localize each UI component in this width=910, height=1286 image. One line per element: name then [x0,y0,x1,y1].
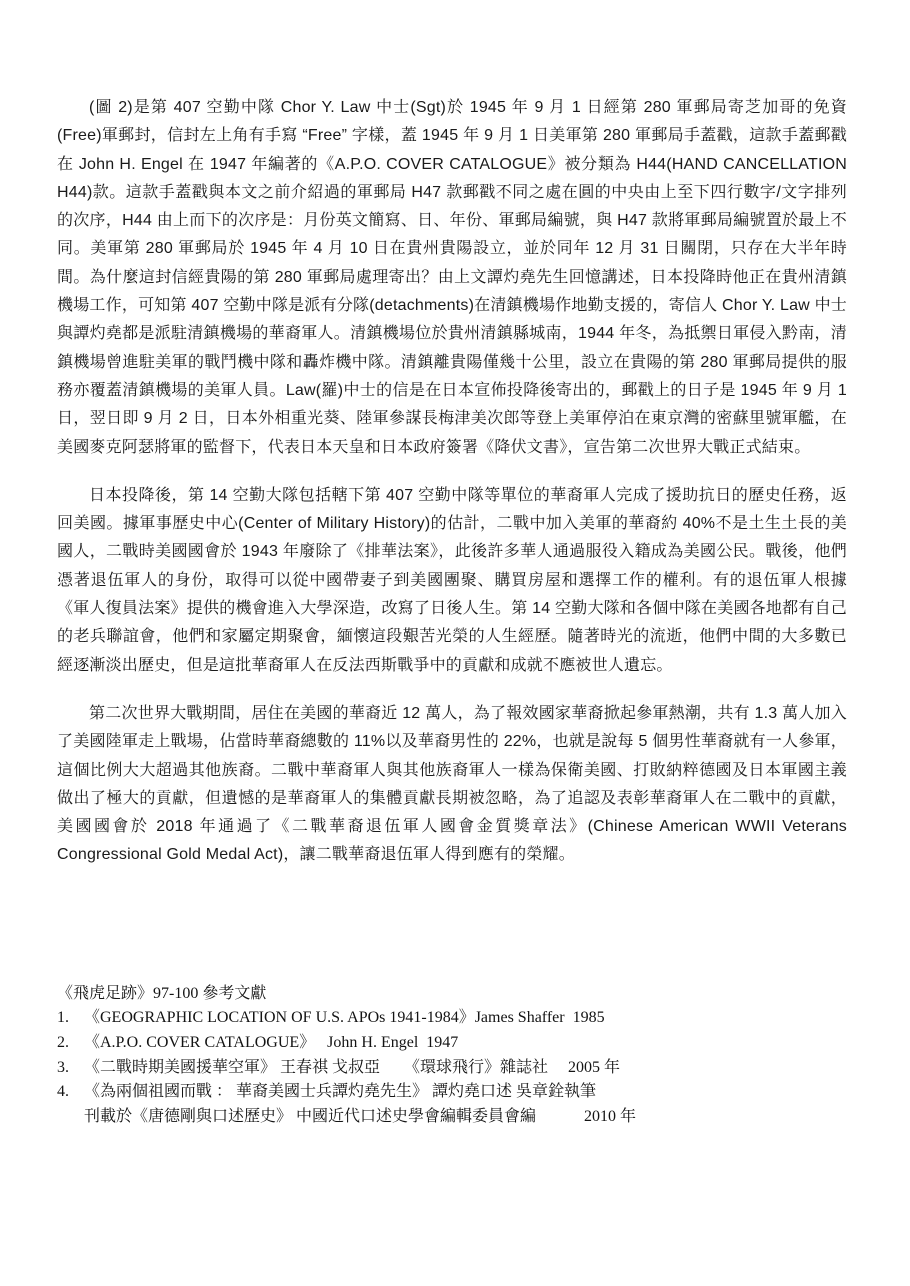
reference-number: 2. [57,1031,84,1056]
document-content: (圖 2)是第 407 空勤中隊 Chor Y. Law 中士(Sgt)於 19… [57,94,847,1129]
reference-item-continuation: 刊載於《唐德剛與口述歷史》 中國近代口述史學會編輯委員會編 2010 年 [57,1105,847,1130]
reference-text: 《A.P.O. COVER CATALOGUE》 John H. Engel 1… [84,1031,458,1056]
reference-text: 《GEOGRAPHIC LOCATION OF U.S. APOs 1941-1… [84,1006,605,1031]
reference-text: 刊載於《唐德剛與口述歷史》 中國近代口述史學會編輯委員會編 2010 年 [84,1105,636,1130]
reference-number: 4. [57,1080,84,1105]
reference-item: 1. 《GEOGRAPHIC LOCATION OF U.S. APOs 194… [57,1006,847,1031]
reference-item: 2. 《A.P.O. COVER CATALOGUE》 John H. Enge… [57,1031,847,1056]
reference-text: 《二戰時期美國援華空軍》 王春祺 戈叔亞 《環球飛行》雜誌社 2005 年 [84,1056,620,1081]
paragraph-postwar-veterans: 日本投降後，第 14 空勤大隊包括轄下第 407 空勤中隊等單位的華裔軍人完成了… [57,482,847,680]
references-section: 《飛虎足跡》97-100 參考文獻 1. 《GEOGRAPHIC LOCATIO… [57,982,847,1130]
references-title: 《飛虎足跡》97-100 參考文獻 [57,982,847,1007]
reference-item: 4. 《為兩個祖國而戰 ： 華裔美國士兵譚灼堯先生》 譚灼堯口述 吳章銓執筆 [57,1080,847,1105]
paragraph-ww2-chinese-american-service: 第二次世界大戰期間，居住在美國的華裔近 12 萬人，為了報效國家華裔掀起參軍熱潮… [57,700,847,870]
reference-number: 1. [57,1006,84,1031]
document-page: (圖 2)是第 407 空勤中隊 Chor Y. Law 中士(Sgt)於 19… [0,0,910,1286]
paragraph-figure2-apo-cover: (圖 2)是第 407 空勤中隊 Chor Y. Law 中士(Sgt)於 19… [57,94,847,462]
reference-item: 3. 《二戰時期美國援華空軍》 王春祺 戈叔亞 《環球飛行》雜誌社 2005 年 [57,1056,847,1081]
reference-number: 3. [57,1056,84,1081]
reference-text: 《為兩個祖國而戰 ： 華裔美國士兵譚灼堯先生》 譚灼堯口述 吳章銓執筆 [84,1080,596,1105]
